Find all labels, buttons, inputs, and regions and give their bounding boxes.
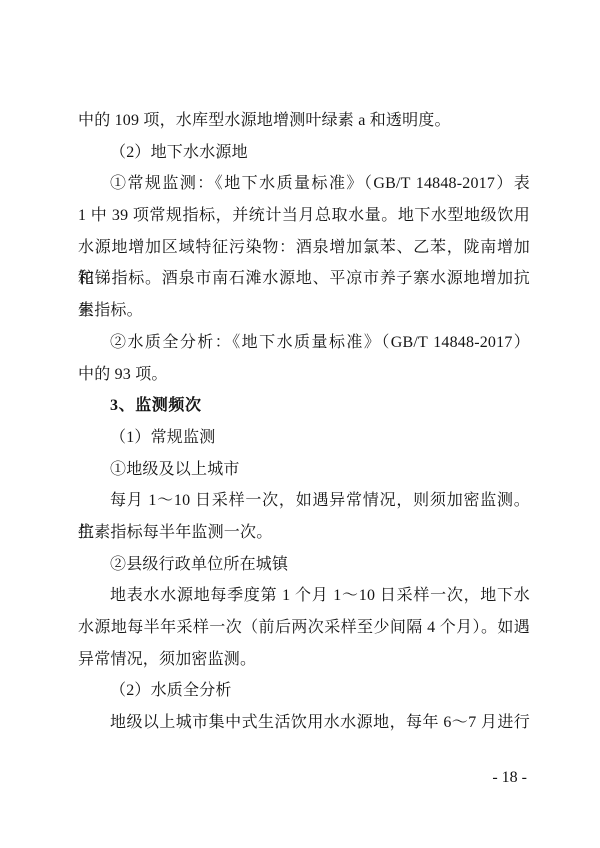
text-line: 和锑指标。酒泉市南石滩水源地、平凉市养子寨水源地增加抗生 — [78, 263, 530, 295]
text-line: （2）水质全分析 — [78, 675, 530, 707]
text-line: ②县级行政单位所在城镇 — [78, 549, 530, 581]
text-line: 中的 109 项，水库型水源地增测叶绿素 a 和透明度。 — [78, 105, 530, 137]
text-line: 生素指标每半年监测一次。 — [78, 517, 530, 549]
text-line: 中的 93 项。 — [78, 359, 530, 391]
text-line: （1）常规监测 — [78, 422, 530, 454]
text-line: ①地级及以上城市 — [78, 454, 530, 486]
text-line: 水源地每半年采样一次（前后两次采样至少间隔 4 个月）。如遇 — [78, 612, 530, 644]
page-number: - 18 - — [492, 768, 527, 788]
text-line: 地表水水源地每季度第 1 个月 1～10 日采样一次，地下水 — [78, 580, 530, 612]
text-line: 1 中 39 项常规指标，并统计当月总取水量。地下水型地级饮用 — [78, 200, 530, 232]
section-heading: 3、监测频次 — [78, 390, 530, 422]
text-line: 素指标。 — [78, 295, 530, 327]
text-line: ①常规监测：《地下水质量标准》（GB/T 14848-2017）表 — [78, 168, 530, 200]
text-line: 每月 1～10 日采样一次，如遇异常情况，则须加密监测。抗 — [78, 485, 530, 517]
document-page: 中的 109 项，水库型水源地增测叶绿素 a 和透明度。 （2）地下水水源地 ①… — [0, 0, 600, 848]
text-line: （2）地下水水源地 — [78, 137, 530, 169]
text-line: 异常情况，须加密监测。 — [78, 644, 530, 676]
document-body: 中的 109 项，水库型水源地增测叶绿素 a 和透明度。 （2）地下水水源地 ①… — [78, 105, 530, 739]
text-line: 水源地增加区域特征污染物：酒泉增加氯苯、乙苯，陇南增加铊 — [78, 232, 530, 264]
text-line: ②水质全分析：《地下水质量标准》（GB/T 14848-2017） — [78, 327, 530, 359]
text-line: 地级以上城市集中式生活饮用水水源地，每年 6～7 月进行 — [78, 707, 530, 739]
